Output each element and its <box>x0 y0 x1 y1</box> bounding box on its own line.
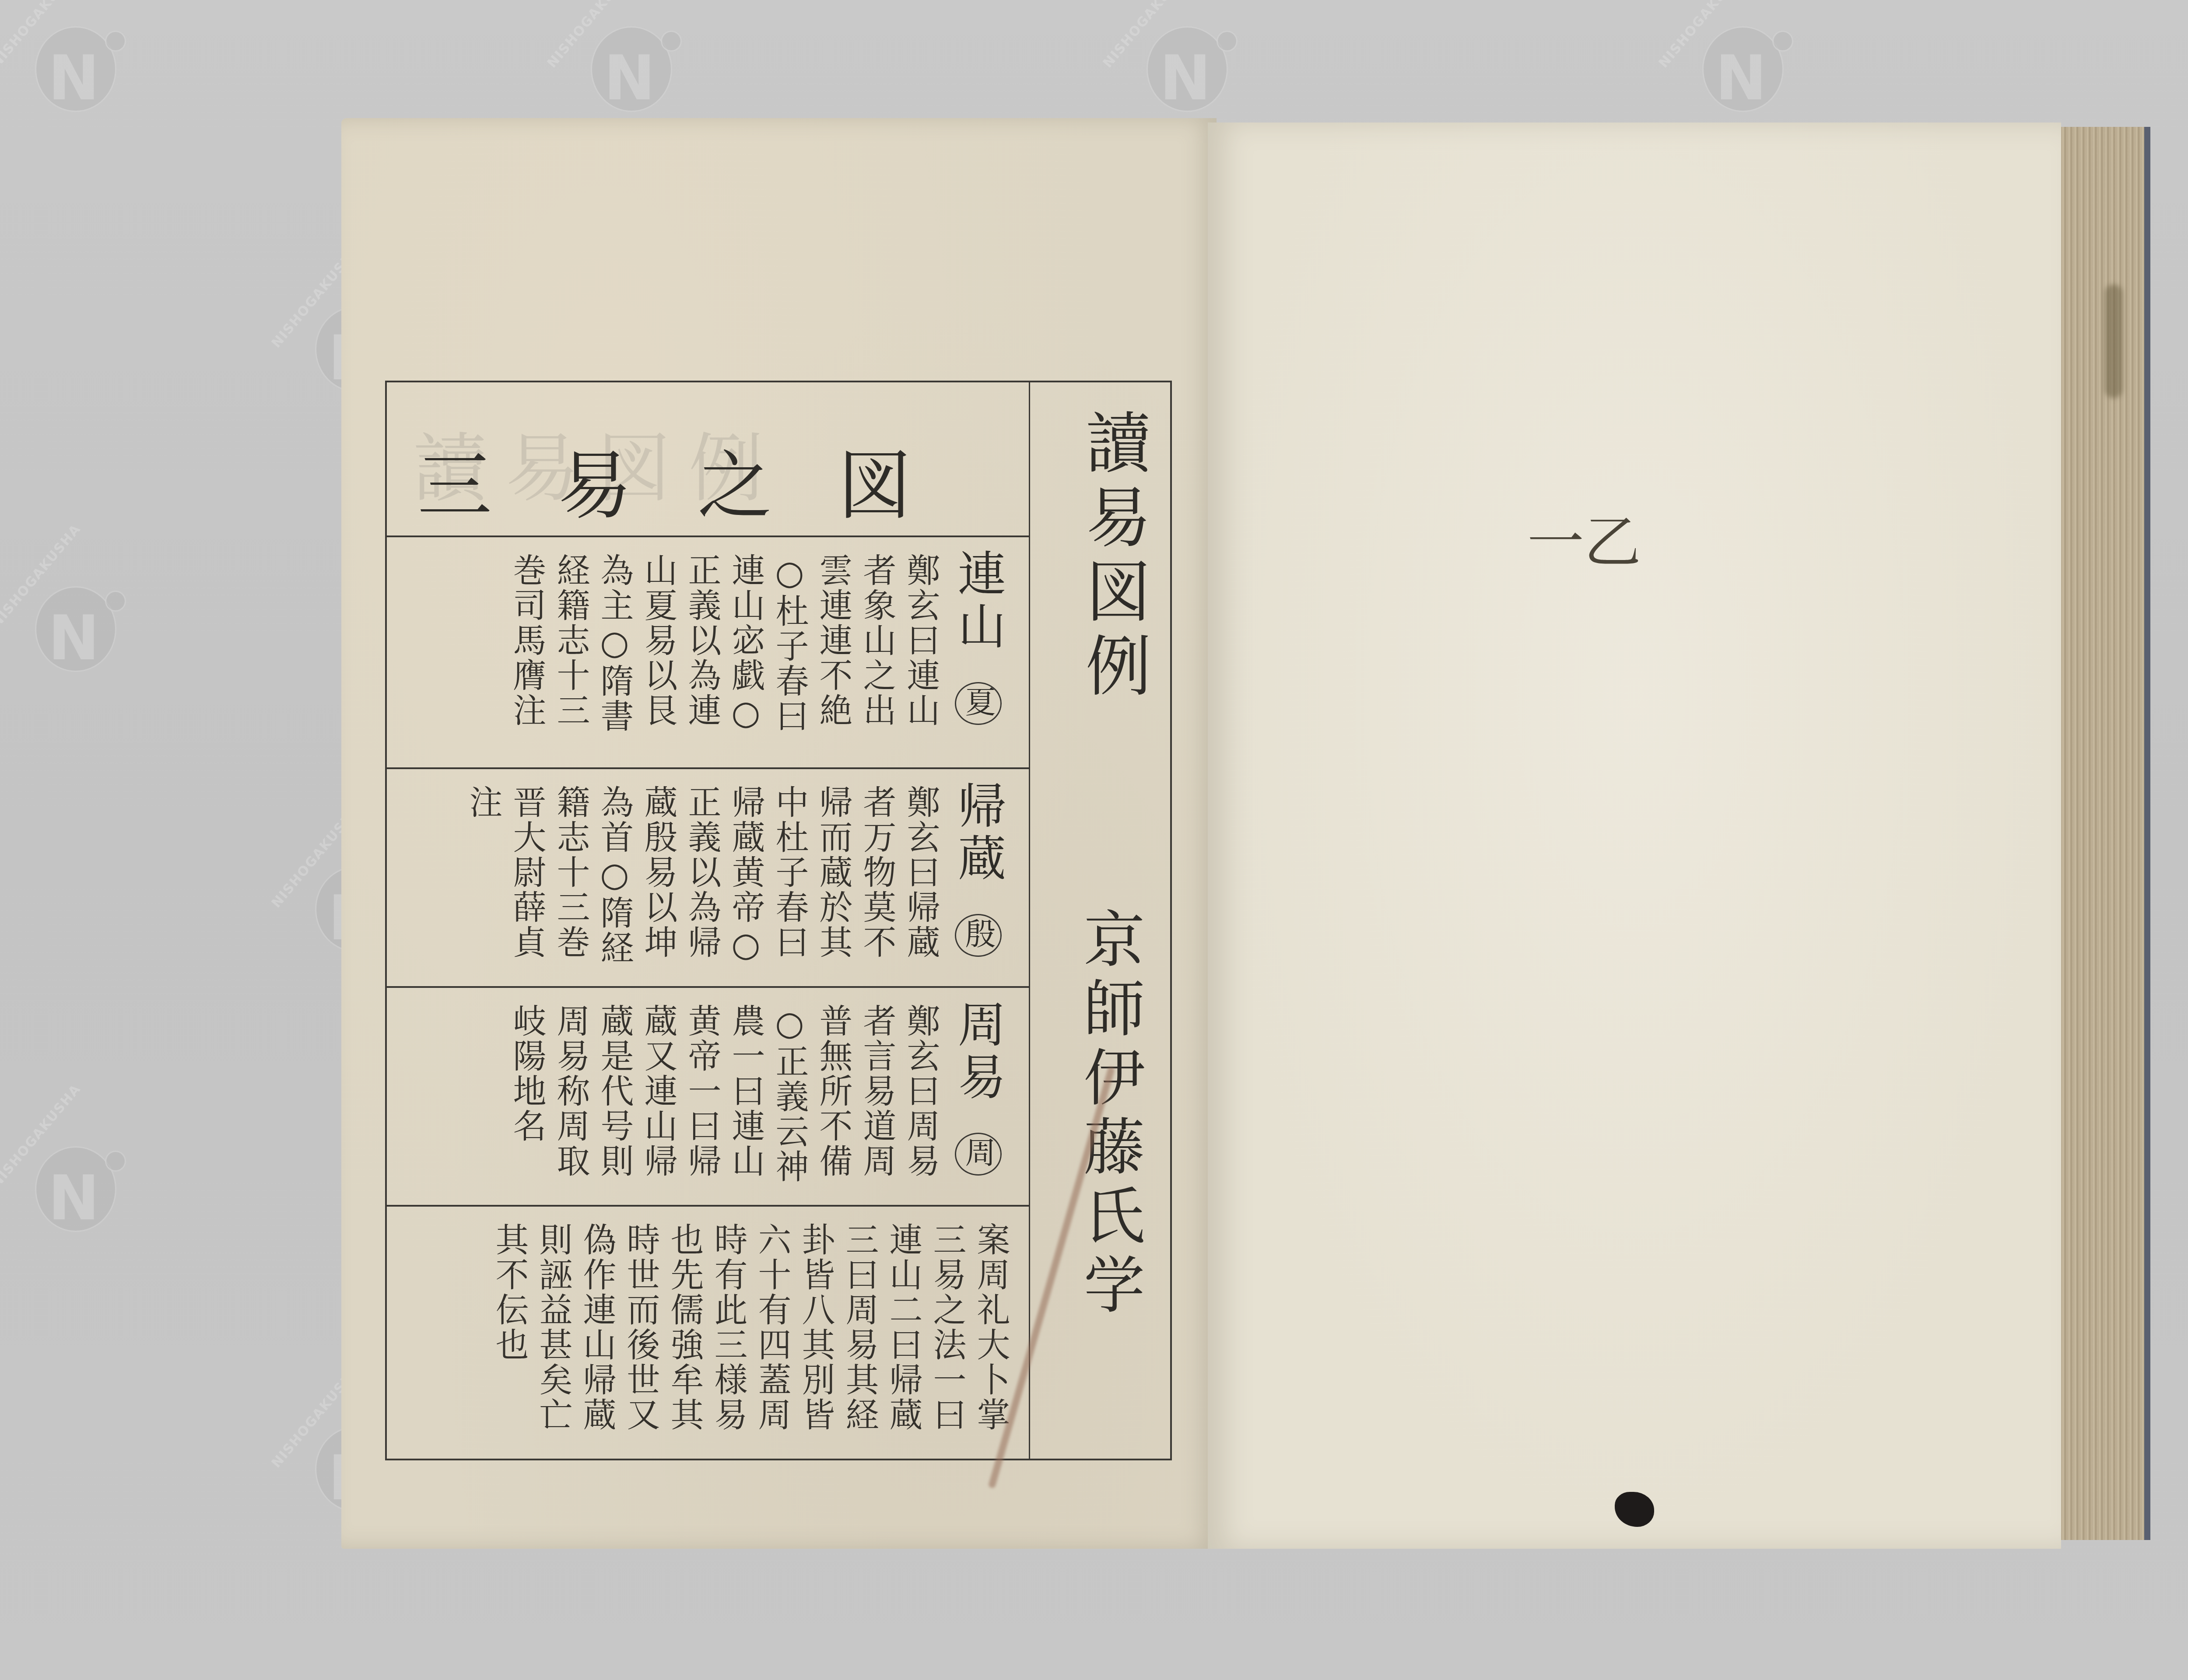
table-row: 帰蔵 殷 鄭玄曰帰蔵者万物莫不帰而蔵於其中杜子春曰帰蔵黄帝○正義以為帰蔵殷易以坤… <box>387 767 1030 988</box>
three-yi-table: 讀易図例 三易之図 連山 夏 鄭玄曰連山者象山之出雲連連不絶○杜子春曰連山宓戯○… <box>387 382 1030 1459</box>
watermark-logo-icon: NNISHOGAKUSHA <box>18 9 123 114</box>
title-column: 讀易図例 京師伊藤氏学 <box>1029 382 1170 1459</box>
table-row: 周易 周 鄭玄曰周易者言易道周普無所不備○正義云神農一曰連山黄帝一曰帰蔵又連山帰… <box>387 986 1030 1207</box>
entry-title: 連山 夏 <box>943 549 1013 725</box>
entry-text: 鄭玄曰連山者象山之出雲連連不絶○杜子春曰連山宓戯○正義以為連山夏易以艮為主○隋書… <box>505 553 943 762</box>
table-heading-cell: 讀易図例 三易之図 <box>387 382 1030 537</box>
table-row-note: 案周礼大卜掌三易之法一曰連山二曰帰蔵三曰周易其経卦皆八其別皆六十有四蓋周時有此三… <box>387 1205 1030 1457</box>
print-frame: 讀易図例 京師伊藤氏学 讀易図例 三易之図 連山 夏 鄭玄曰連山者象山之出雲連連… <box>385 381 1172 1460</box>
book-title: 讀易図例 <box>1065 409 1160 706</box>
note-text: 案周礼大卜掌三易之法一曰連山二曰帰蔵三曰周易其経卦皆八其別皆六十有四蓋周時有此三… <box>487 1222 1013 1449</box>
watermark-logo-icon: NNISHOGAKUSHA <box>1129 9 1234 114</box>
open-book: 讀易図例 京師伊藤氏学 讀易図例 三易之図 連山 夏 鄭玄曰連山者象山之出雲連連… <box>337 109 2175 1553</box>
entry-title: 帰蔵 殷 <box>943 780 1013 957</box>
right-page: 讀易図例 <box>1208 122 2061 1549</box>
entry-text: 鄭玄曰周易者言易道周普無所不備○正義云神農一曰連山黄帝一曰帰蔵又連山帰蔵是代号則… <box>505 1004 943 1200</box>
entry-text: 鄭玄曰帰蔵者万物莫不帰而蔵於其中杜子春曰帰蔵黄帝○正義以為帰蔵殷易以坤為首○隋経… <box>461 785 943 982</box>
watermark-logo-icon: NNISHOGAKUSHA <box>573 9 678 114</box>
left-page: 讀易図例 京師伊藤氏学 讀易図例 三易之図 連山 夏 鄭玄曰連山者象山之出雲連連… <box>341 118 1217 1549</box>
dynasty-badge: 殷 <box>955 914 1002 957</box>
author-attribution: 京師伊藤氏学 <box>1065 907 1153 1322</box>
table-row: 連山 夏 鄭玄曰連山者象山之出雲連連不絶○杜子春曰連山宓戯○正義以為連山夏易以艮… <box>387 535 1030 769</box>
watermark-logo-icon: NNISHOGAKUSHA <box>18 569 123 674</box>
watermark-logo-icon: NNISHOGAKUSHA <box>1685 9 1790 114</box>
watermark-logo-icon: NNISHOGAKUSHA <box>18 1129 123 1234</box>
page-mark: 一乙 <box>1527 497 1641 578</box>
entry-title: 周易 周 <box>943 999 1013 1176</box>
dynasty-badge: 夏 <box>955 682 1002 725</box>
table-heading: 三易之図 <box>417 426 978 533</box>
dynasty-badge: 周 <box>955 1133 1002 1176</box>
stain <box>2105 284 2122 398</box>
